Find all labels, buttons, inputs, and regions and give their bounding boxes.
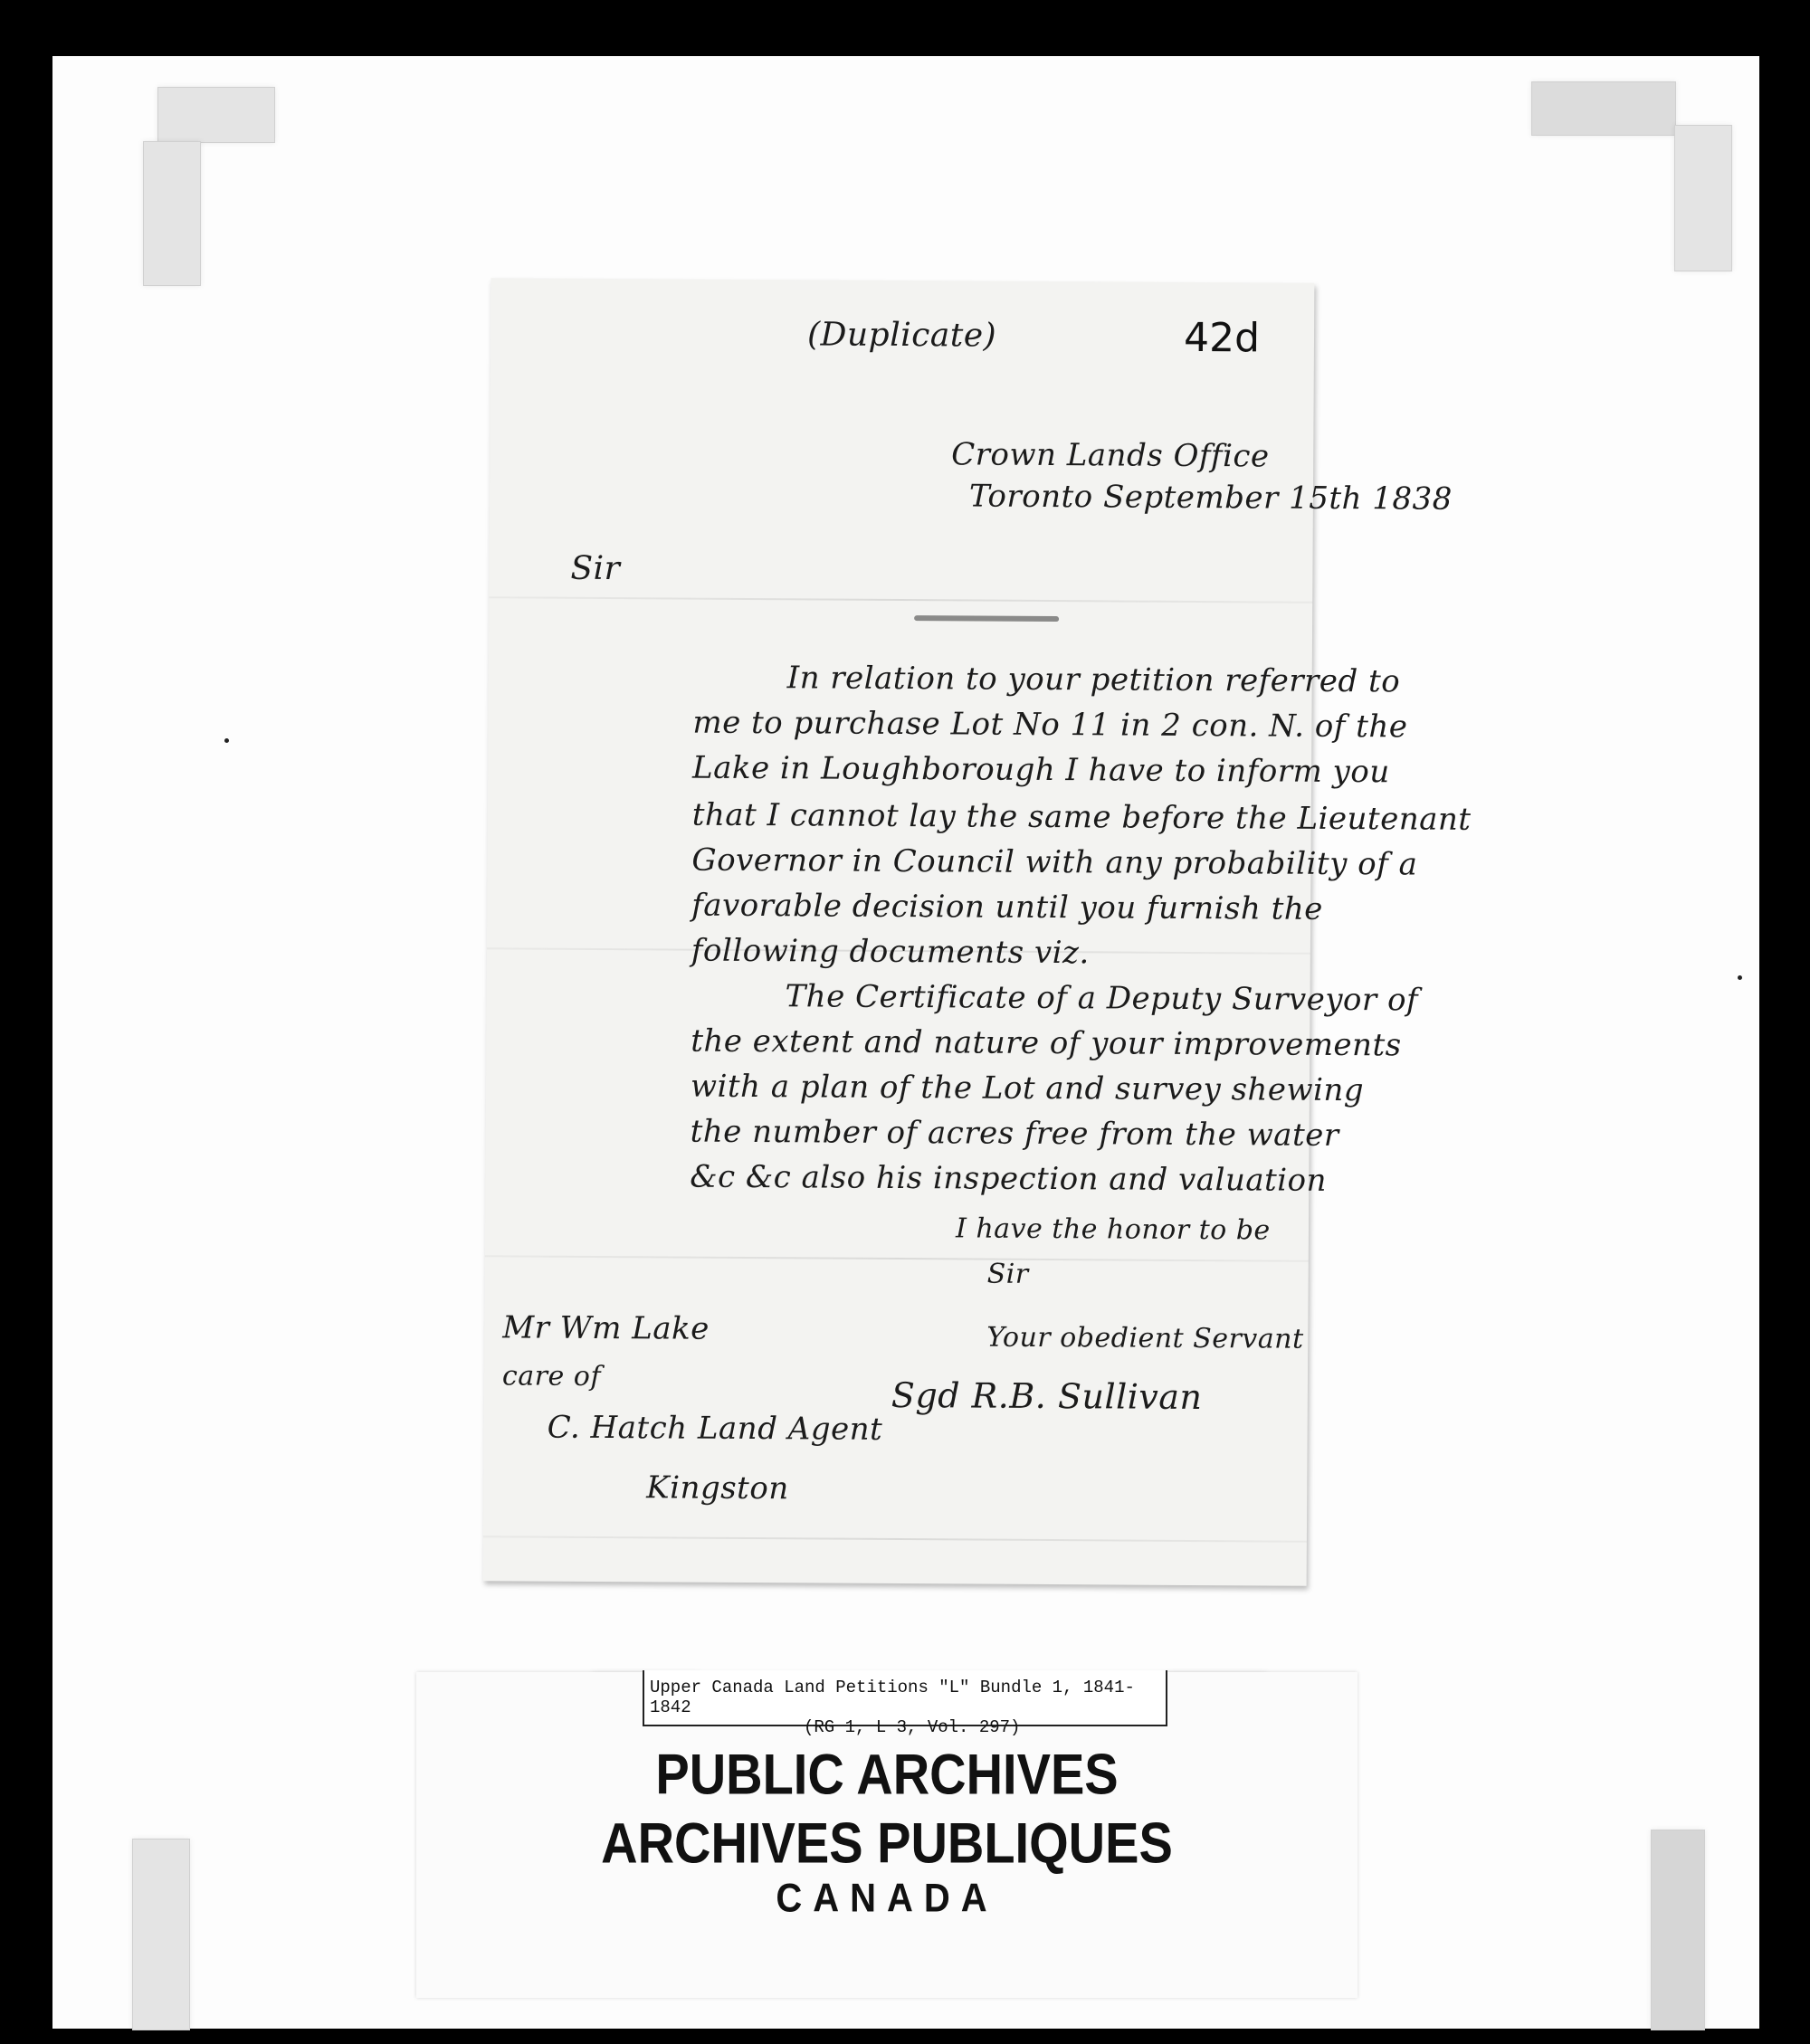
- speck: [1738, 975, 1742, 980]
- closing-line-2: Sir: [987, 1259, 1029, 1290]
- letter-line-11: the number of acres free from the water: [691, 1114, 1339, 1154]
- reference-line-1: Upper Canada Land Petitions "L" Bundle 1…: [650, 1678, 1135, 1717]
- letter-line-12: &c &c also his inspection and valuation: [690, 1159, 1327, 1199]
- addressee-care-of: care of: [502, 1360, 601, 1393]
- salutation: Sir: [570, 550, 620, 587]
- tape-top-left-vertical: [143, 141, 201, 286]
- tape-bottom-right-vertical: [1651, 1830, 1705, 2030]
- closing-line-1: I have the honor to be: [956, 1212, 1271, 1246]
- letter-line-10: with a plan of the Lot and survey shewin…: [691, 1069, 1364, 1109]
- letter-line-3: Lake in Loughborough I have to inform yo…: [692, 750, 1390, 791]
- letter-line-2: me to purchase Lot No 11 in 2 con. N. of…: [692, 705, 1407, 746]
- fold-line: [489, 596, 1312, 604]
- addressee-agent: C. Hatch Land Agent: [548, 1410, 883, 1448]
- letter-line-8: The Certificate of a Deputy Surveyor of: [785, 978, 1418, 1018]
- office-heading: Crown Lands Office: [951, 436, 1270, 474]
- letter-line-1: In relation to your petition referred to: [787, 660, 1401, 699]
- archives-country: CANADA: [416, 1876, 1357, 1921]
- letter-line-5: Governor in Council with any probability…: [691, 842, 1417, 883]
- tape-top-left-horizontal: [157, 87, 275, 143]
- letter-line-7: following documents viz.: [691, 933, 1090, 972]
- duplicate-note: (Duplicate): [807, 316, 996, 354]
- addressee-name: Mr Wm Lake: [502, 1309, 710, 1346]
- reference-line-2: (RG 1, L 3, Vol. 297): [650, 1717, 1160, 1737]
- folio-number: 42d: [1184, 315, 1260, 362]
- fold-line: [483, 1535, 1307, 1543]
- speck: [224, 738, 229, 743]
- handwritten-letter: (Duplicate) 42d Crown Lands Office Toron…: [483, 278, 1315, 1586]
- archives-title-english: PUBLIC ARCHIVES: [416, 1741, 1357, 1807]
- fold-line: [485, 1255, 1309, 1262]
- tape-top-right-vertical: [1674, 125, 1732, 271]
- struck-out-text: [914, 615, 1059, 622]
- signature: Sgd R.B. Sullivan: [891, 1375, 1203, 1417]
- tape-bottom-left-vertical: [132, 1839, 190, 2030]
- letter-line-4: that I cannot lay the same before the Li…: [692, 797, 1472, 838]
- letter-line-9: the extent and nature of your improvemen…: [691, 1023, 1402, 1064]
- place-date: Toronto September 15th 1838: [969, 478, 1453, 517]
- archives-title-french: ARCHIVES PUBLIQUES: [416, 1810, 1357, 1876]
- addressee-city: Kingston: [646, 1469, 789, 1507]
- closing-line-3: Your obedient Servant: [986, 1322, 1304, 1355]
- tape-top-right-horizontal: [1531, 81, 1676, 136]
- reference-slip: Upper Canada Land Petitions "L" Bundle 1…: [643, 1670, 1167, 1726]
- letter-line-6: favorable decision until you furnish the: [691, 888, 1323, 927]
